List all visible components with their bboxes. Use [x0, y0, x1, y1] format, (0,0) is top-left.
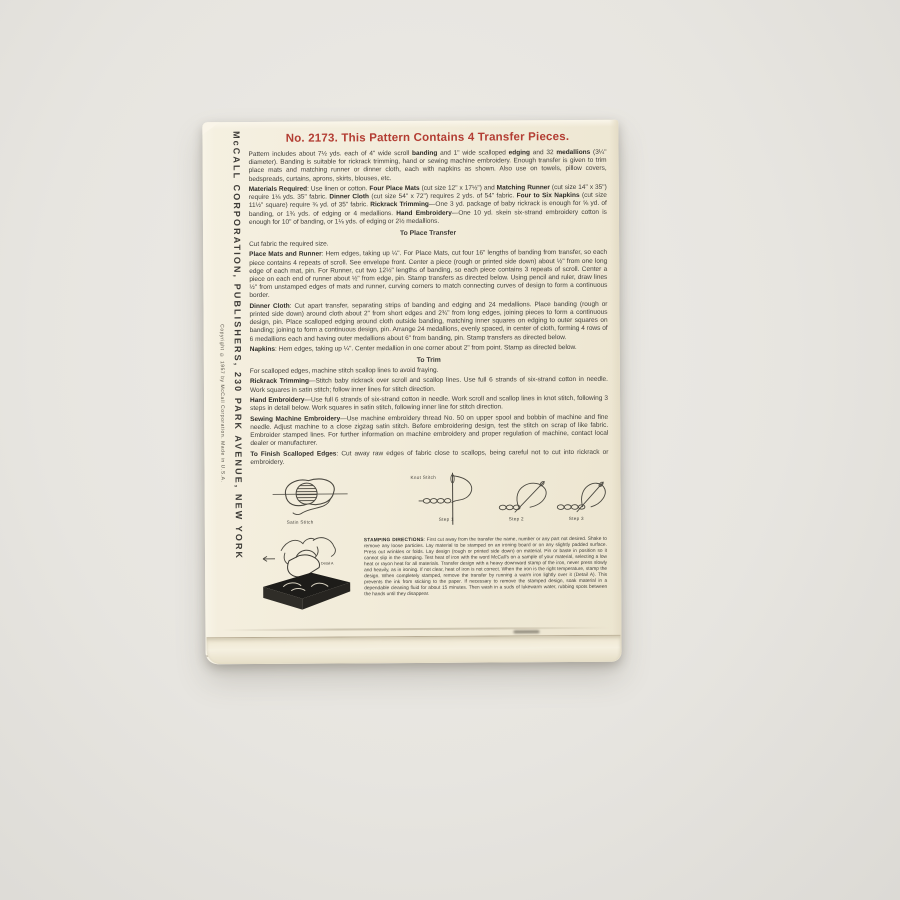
paragraph: Sewing Machine Embroidery—Use machine em… [250, 413, 608, 448]
detail-a-label: Detail A [321, 561, 333, 565]
satin-stitch-label: Satin Stitch [287, 520, 314, 525]
pattern-title: No. 2173. This Pattern Contains 4 Transf… [248, 130, 606, 147]
corner-fold [202, 120, 222, 136]
paper-edge-right [609, 120, 621, 662]
knot-stitch-label: Knot Stitch [411, 475, 437, 480]
text-flow: Pattern includes about 7½ yds. each of 4… [249, 149, 609, 467]
section-heading: To Place Transfer [249, 228, 607, 238]
paragraph: Cut fabric the required size. [249, 239, 607, 249]
paragraph: Rickrack Trimming—Stitch baby rickrack o… [250, 376, 608, 395]
copyright-side-text: Copyright © 1957 by McCall Corporation. … [219, 324, 227, 574]
paper-edge-top [202, 120, 618, 130]
paragraph: Pattern includes about 7½ yds. each of 4… [249, 149, 607, 184]
paragraph: Napkins: Hem edges, taking up ¼". Center… [250, 344, 608, 354]
stamping-text: STAMPING DIRECTIONS: First cut away from… [364, 537, 607, 598]
crease-line [222, 627, 609, 631]
step2-label: Step 2 [509, 516, 524, 521]
section-heading: To Trim [250, 355, 608, 365]
pattern-envelope-back: McCALL CORPORATION, PUBLISHERS, 230 PARK… [202, 120, 621, 665]
paragraph: Hand Embroidery—Use full 6 strands of si… [250, 395, 608, 414]
publisher-side-text: McCALL CORPORATION, PUBLISHERS, 230 PARK… [231, 131, 244, 636]
paragraph: For scalloped edges, machine stitch scal… [250, 366, 608, 376]
satin-stitch-illustration [270, 473, 350, 517]
stamping-directions-block: Detail A STAMPING DIRECTIONS: First cut … [251, 533, 609, 611]
paragraph: Place Mats and Runner: Hem edges, taking… [249, 249, 607, 300]
stitch-illustrations: Satin Stitch [250, 470, 608, 532]
step3-label: Step 3 [569, 516, 584, 521]
ink-smudge [513, 630, 539, 633]
instruction-panel: No. 2173. This Pattern Contains 4 Transf… [248, 130, 609, 611]
paragraph: STAMPING DIRECTIONS: First cut away from… [364, 537, 607, 598]
bottom-flap [206, 635, 620, 665]
stamping-illustration [255, 534, 357, 611]
step1-label: Step 1 [439, 517, 454, 522]
paper-edge-left [202, 122, 217, 664]
paragraph: Dinner Cloth: Cut apart transfer, separa… [249, 301, 607, 344]
paragraph: Materials Required: Use linen or cotton.… [249, 184, 607, 227]
paragraph: To Finish Scalloped Edges: Cut away raw … [250, 448, 608, 467]
